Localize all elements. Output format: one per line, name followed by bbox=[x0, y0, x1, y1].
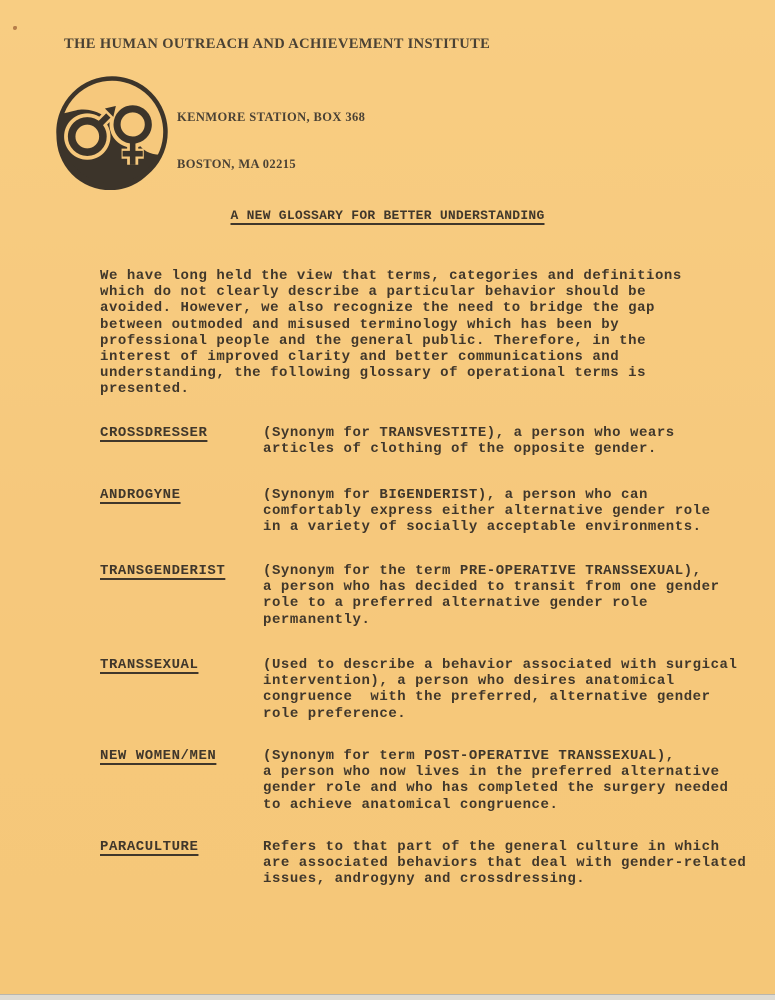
glossary-entry: CROSSDRESSER (Synonym for TRANSVESTITE),… bbox=[100, 425, 760, 457]
glossary-term-paraculture: PARACULTURE bbox=[100, 839, 263, 888]
scanned-document: THE HUMAN OUTREACH AND ACHIEVEMENT INSTI… bbox=[0, 0, 775, 1000]
glossary-definition: Refers to that part of the general cultu… bbox=[263, 839, 760, 888]
glossary-definition: (Synonym for term POST-OPERATIVE TRANSSE… bbox=[263, 748, 760, 813]
address-block: KENMORE STATION, BOX 368 BOSTON, MA 0221… bbox=[177, 79, 365, 203]
glossary-term-transsexual: TRANSSEXUAL bbox=[100, 657, 263, 722]
glossary-entry: NEW WOMEN/MEN (Synonym for term POST-OPE… bbox=[100, 748, 760, 813]
glossary-term-new-women-men: NEW WOMEN/MEN bbox=[100, 748, 263, 813]
male-female-logo-icon bbox=[54, 74, 170, 190]
institute-name: THE HUMAN OUTREACH AND ACHIEVEMENT INSTI… bbox=[64, 36, 490, 53]
intro-paragraph: We have long held the view that terms, c… bbox=[100, 268, 740, 398]
glossary-definition: (Synonym for TRANSVESTITE), a person who… bbox=[263, 425, 760, 457]
glossary-term-transgenderist: TRANSGENDERIST bbox=[100, 563, 263, 628]
glossary-definition: (Used to describe a behavior associated … bbox=[263, 657, 760, 722]
female-symbol-icon bbox=[117, 109, 148, 140]
paper-speck bbox=[13, 26, 17, 30]
paper-sheet: THE HUMAN OUTREACH AND ACHIEVEMENT INSTI… bbox=[0, 0, 775, 994]
glossary-entry: ANDROGYNE (Synonym for BIGENDERIST), a p… bbox=[100, 487, 760, 536]
document-title: A NEW GLOSSARY FOR BETTER UNDERSTANDING bbox=[0, 208, 775, 224]
address-line-1: KENMORE STATION, BOX 368 bbox=[177, 110, 365, 126]
glossary-definition: (Synonym for the term PRE-OPERATIVE TRAN… bbox=[263, 563, 760, 628]
glossary-definition: (Synonym for BIGENDERIST), a person who … bbox=[263, 487, 760, 536]
glossary-entry: TRANSSEXUAL (Used to describe a behavior… bbox=[100, 657, 760, 722]
glossary-term-androgyne: ANDROGYNE bbox=[100, 487, 263, 536]
address-line-2: BOSTON, MA 02215 bbox=[177, 157, 365, 173]
glossary-entry: TRANSGENDERIST (Synonym for the term PRE… bbox=[100, 563, 760, 628]
glossary-entry: PARACULTURE Refers to that part of the g… bbox=[100, 839, 760, 888]
male-symbol-icon bbox=[72, 121, 103, 152]
glossary-term-crossdresser: CROSSDRESSER bbox=[100, 425, 263, 457]
